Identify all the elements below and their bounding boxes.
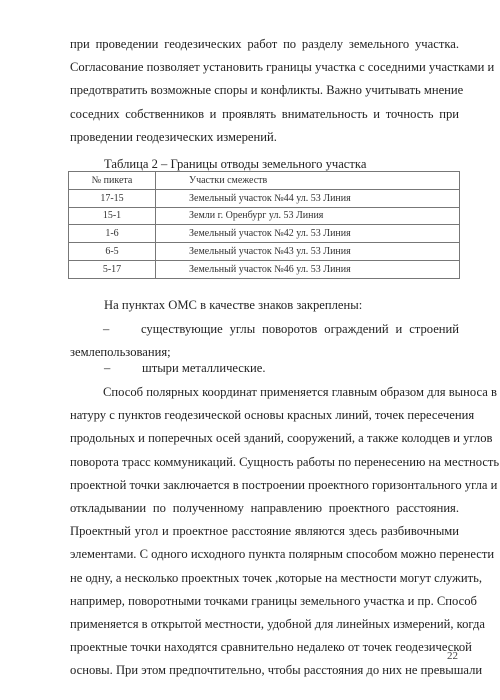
text-line: проектной точки заключается в построении… <box>70 474 459 497</box>
table-row: 1-6 Земельный участок №42 ул. 53 Линия <box>69 225 460 243</box>
text-line: проектные точки находятся сравнительно н… <box>70 636 459 659</box>
list-item-text: штыри металлические. <box>142 361 266 375</box>
table-row: 6-5 Земельный участок №43 ул. 53 Линия <box>69 243 460 261</box>
cell-picket: 15-1 <box>69 207 156 225</box>
text-line: основы. При этом предпочтительно, чтобы … <box>70 659 459 682</box>
cell-adjacent: Земельный участок №43 ул. 53 Линия <box>156 243 460 261</box>
cell-adjacent: Земельный участок №44 ул. 53 Линия <box>156 189 460 207</box>
table-header-row: № пикета Участки смежеств <box>69 172 460 190</box>
list-item-2: –штыри металлические. <box>104 361 266 376</box>
text-line: Способ полярных координат применяется гл… <box>70 381 459 404</box>
text-line: например, поворотными точками границы зе… <box>70 590 459 613</box>
text-line: откладывании по полученному направлению … <box>70 497 459 520</box>
header-picket: № пикета <box>69 172 156 190</box>
table-row: 17-15 Земельный участок №44 ул. 53 Линия <box>69 189 460 207</box>
text-line: натуру с пунктов геодезической основы кр… <box>70 404 459 427</box>
boundary-table: № пикета Участки смежеств 17-15 Земельны… <box>68 171 460 279</box>
cell-picket: 1-6 <box>69 225 156 243</box>
text-line: элементами. С одного исходного пункта по… <box>70 543 459 566</box>
table-row: 15-1 Земли г. Оренбург ул. 53 Линия <box>69 207 460 225</box>
text-line: при проведении геодезических работ по ра… <box>70 33 459 56</box>
text-line: не одну, а несколько проектных точек ,ко… <box>70 567 459 590</box>
page-number: 22 <box>447 650 458 662</box>
cell-picket: 6-5 <box>69 243 156 261</box>
cell-picket: 5-17 <box>69 260 156 278</box>
dash-bullet: – <box>103 318 141 341</box>
list-item-1: –существующие углы поворотов ограждений … <box>70 318 459 364</box>
paragraph-top: при проведении геодезических работ по ра… <box>70 33 459 149</box>
cell-adjacent: Земли г. Оренбург ул. 53 Линия <box>156 207 460 225</box>
header-adjacent: Участки смежеств <box>156 172 460 190</box>
text-line: поворота трасс коммуникаций. Сущность ра… <box>70 451 459 474</box>
document-page: при проведении геодезических работ по ра… <box>0 0 500 700</box>
list-item-text: существующие углы поворотов ограждений и… <box>141 322 459 336</box>
cell-adjacent: Земельный участок №46 ул. 53 Линия <box>156 260 460 278</box>
text-line: Согласование позволяет установить границ… <box>70 56 459 79</box>
paragraph-main: Способ полярных координат применяется гл… <box>70 381 459 682</box>
cell-adjacent: Земельный участок №42 ул. 53 Линия <box>156 225 460 243</box>
text-line: продольных и поперечных осей зданий, соо… <box>70 427 459 450</box>
text-line: предотвратить возможные споры и конфликт… <box>70 79 459 102</box>
text-line: Проектный угол и проектное расстояние яв… <box>70 520 459 543</box>
table-caption: Таблица 2 – Границы отводы земельного уч… <box>104 157 366 172</box>
text-line: применяется в открытой местности, удобно… <box>70 613 459 636</box>
dash-bullet: – <box>104 361 142 376</box>
cell-picket: 17-15 <box>69 189 156 207</box>
text-line: соседних собственников и проявлять внима… <box>70 103 459 126</box>
list-intro: На пунктах ОМС в качестве знаков закрепл… <box>104 298 362 313</box>
table-row: 5-17 Земельный участок №46 ул. 53 Линия <box>69 260 460 278</box>
text-line: проведении геодезических измерений. <box>70 126 459 149</box>
